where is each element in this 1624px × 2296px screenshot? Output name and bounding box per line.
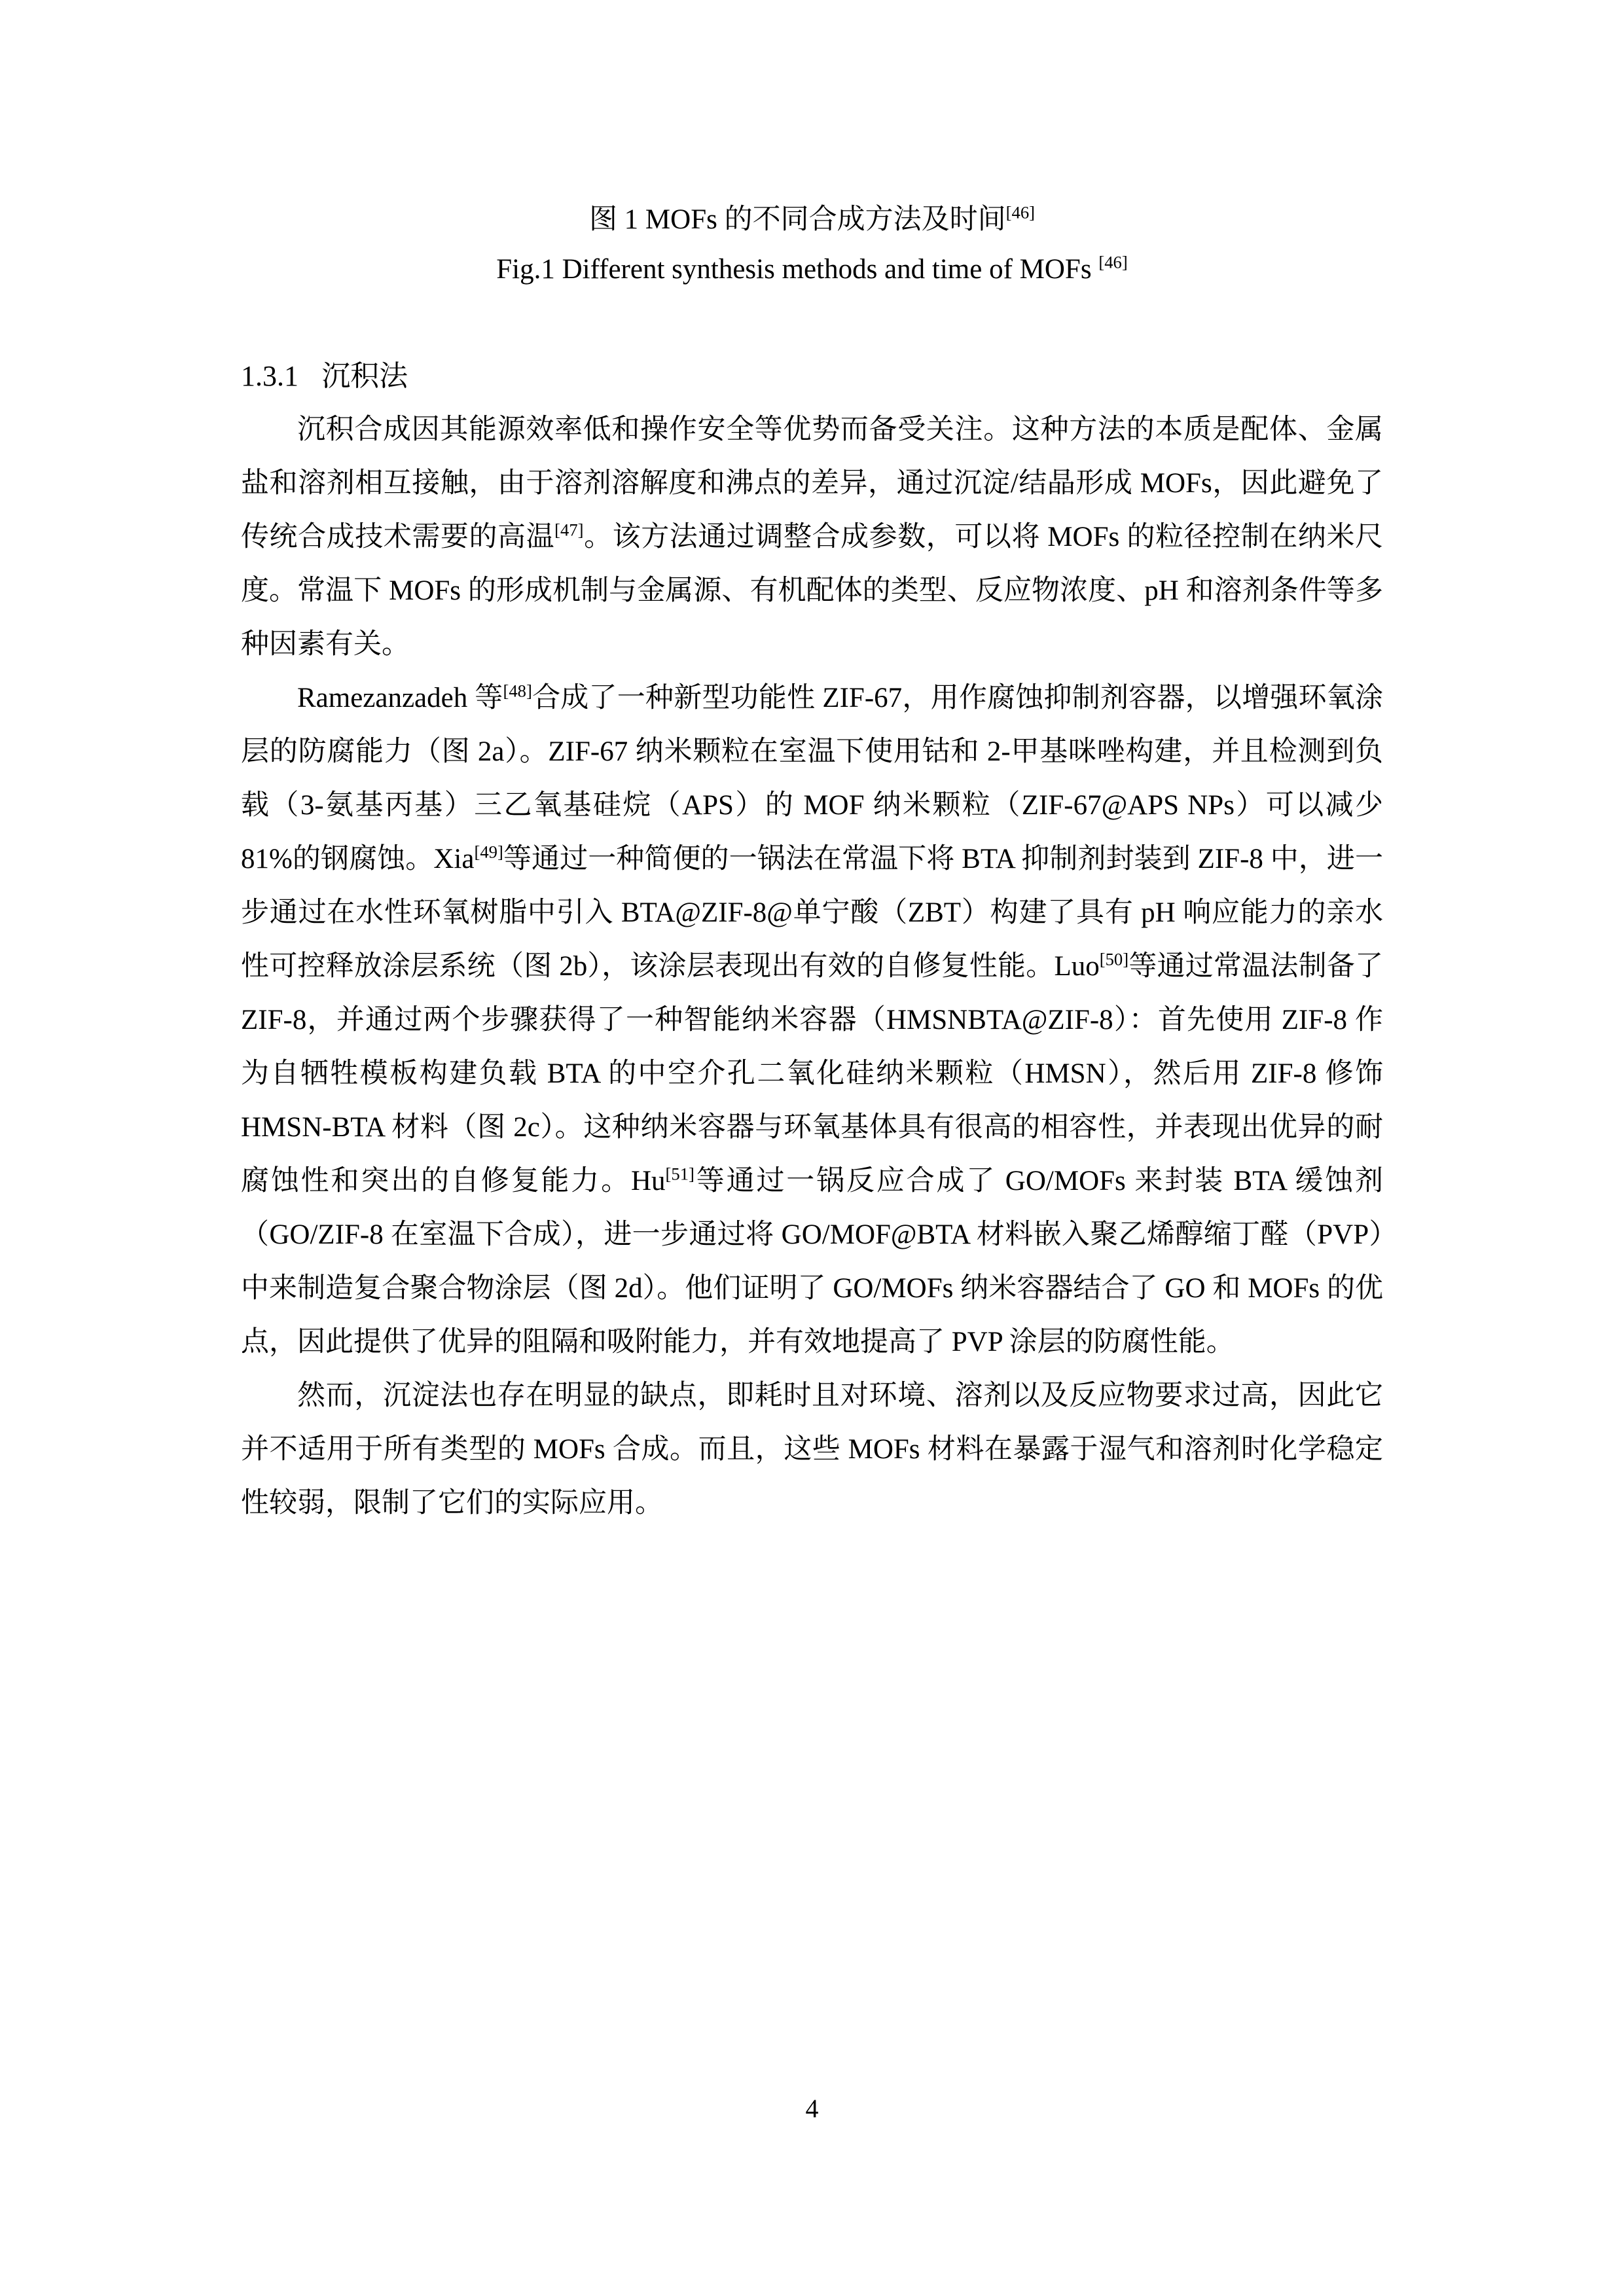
section-title: 沉积法 — [321, 360, 408, 392]
citation-ref: [48] — [503, 681, 532, 701]
figure-caption-zh: 图 1 MOFs 的不同合成方法及时间[46] — [241, 195, 1383, 245]
paragraph-drawbacks: 然而，沉淀法也存在明显的缺点，即耗时且对环境、溶剂以及反应物要求过高，因此它并不… — [241, 1369, 1383, 1530]
document-page: 图 1 MOFs 的不同合成方法及时间[46] Fig.1 Different … — [0, 0, 1624, 2296]
citation-ref: [49] — [474, 842, 503, 862]
citation-ref: [46] — [1098, 253, 1127, 272]
figure-caption-en: Fig.1 Different synthesis methods and ti… — [241, 245, 1383, 295]
citation-ref: [47] — [554, 520, 583, 540]
section-heading: 1.3.1 沉积法 — [241, 350, 1383, 403]
citation-ref: [50] — [1100, 950, 1128, 969]
section-number: 1.3.1 — [241, 360, 298, 392]
page-number: 4 — [0, 2093, 1624, 2125]
paragraph-literature-examples: Ramezanzadeh 等[48]合成了一种新型功能性 ZIF-67，用作腐蚀… — [241, 672, 1383, 1369]
paragraph-deposition-intro: 沉积合成因其能源效率低和操作安全等优势而备受关注。这种方法的本质是配体、金属盐和… — [241, 403, 1383, 672]
citation-ref: [46] — [1006, 203, 1035, 223]
citation-ref: [51] — [666, 1164, 695, 1184]
